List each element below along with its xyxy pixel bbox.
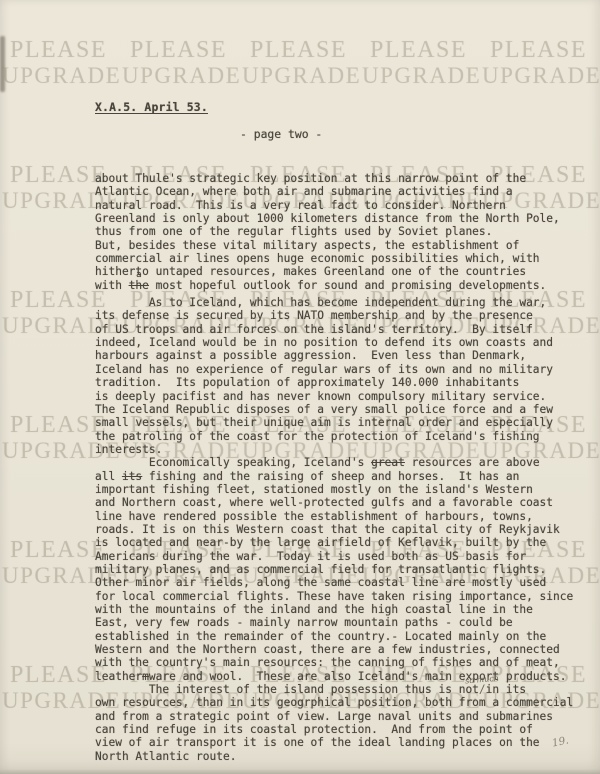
typed-text: Western and the Northern coast, there ar… — [95, 643, 560, 656]
paragraph-3: Economically speaking, Iceland's great r… — [95, 456, 591, 683]
typed-text: line have rendered possible the establis… — [95, 510, 533, 523]
scanned-document-page: PLEASEUPGRADEPLEASEUPGRADEPLEASEUPGRADEP… — [0, 0, 600, 774]
document-line: natural road. This is a very real fact t… — [95, 199, 591, 212]
document-line: view of air transport it is one of the i… — [95, 736, 591, 749]
document-line: harbours against a possible aggression. … — [95, 349, 591, 362]
typed-text: leather — [95, 670, 142, 683]
typed-text: and Northern coast, where well-protected… — [95, 496, 553, 509]
typed-text: established in the remainder of the coun… — [95, 630, 546, 643]
document-line: is located and near-by the large airfiel… — [95, 536, 591, 549]
document-line: tradition. Its population of approximate… — [95, 376, 591, 389]
document-line: roads. It is on this Western coast that … — [95, 523, 591, 536]
typed-text: with the country's main resources: the c… — [95, 656, 560, 669]
document-line: East, very few roads - mainly narrow mou… — [95, 616, 591, 629]
document-line: Iceland has no experience of regular war… — [95, 363, 591, 376]
typed-text: The interest of the island possession th… — [95, 683, 479, 696]
struck-text: m — [142, 670, 149, 683]
document-line: The interest of the island possession th… — [95, 683, 591, 696]
document-line: own resources, than in its geogrphical p… — [95, 696, 591, 709]
struck-text: great — [371, 456, 405, 469]
typed-text: roads. It is on this Western coast that … — [95, 523, 560, 536]
document-line: established in the remainder of the coun… — [95, 630, 591, 643]
typed-text: with — [95, 279, 129, 292]
document-line: Economically speaking, Iceland's great r… — [95, 456, 591, 469]
typed-text: own resources, than in its geogrphical p… — [95, 696, 573, 709]
document-line: Atlantic Ocean, where both air and subma… — [95, 185, 591, 198]
document-line: all its fishing and the raising of sheep… — [95, 470, 591, 483]
document-line: for local commercial flights. These have… — [95, 590, 591, 603]
document-line: But, besides these vital military aspect… — [95, 239, 591, 252]
typed-text: the patroling of the coast for the prote… — [95, 430, 540, 443]
typed-text: tradition. Its population of approximate… — [95, 376, 519, 389]
document-line: Other minor air fields, along the same c… — [95, 576, 591, 589]
document-line: important fishing fleet, stationed mostl… — [95, 483, 591, 496]
typed-text: But, besides these vital military aspect… — [95, 239, 519, 252]
typed-text: Americans during the war. Today it is us… — [95, 550, 526, 563]
typed-text: with the mountains of the inland and the… — [95, 603, 533, 616]
document-line: and from a strategic point of view. Larg… — [95, 710, 591, 723]
document-line: Greenland is only about 1000 kilometers … — [95, 212, 591, 225]
typed-text: thus from one of the regular flights use… — [95, 225, 492, 238]
typed-correction: a — [136, 271, 141, 280]
typed-text: of US troops and air forces on the islan… — [95, 323, 533, 336]
typed-text: interests. — [95, 443, 162, 456]
document-line: with the mountains of the inland and the… — [95, 603, 591, 616]
struck-text: thea — [129, 279, 149, 292]
typed-text: for local commercial flights. These have… — [95, 590, 573, 603]
paragraph-1: about Thule's strategic key position at … — [95, 172, 591, 292]
typed-text: Atlantic Ocean, where both air and subma… — [95, 185, 513, 198]
document-line: and Northern coast, where well-protected… — [95, 496, 591, 509]
document-line: interests. — [95, 443, 591, 456]
typed-text: Other minor air fields, along the same c… — [95, 576, 546, 589]
document-line: with thea most hopeful outlook for sound… — [95, 279, 591, 292]
typed-text: commercial air lines opens huge economic… — [95, 252, 540, 265]
document-line: its defense is secured by its NATO membe… — [95, 309, 591, 322]
typed-text: Greenland is only about 1000 kilometers … — [95, 212, 560, 225]
document-line: the patroling of the coast for the prote… — [95, 430, 591, 443]
typed-text: natural road. This is a very real fact t… — [95, 199, 506, 212]
document-line: is deeply pacifist and has never known c… — [95, 390, 591, 403]
typed-text: indeed, Iceland would be in no position … — [95, 336, 553, 349]
typed-text: military planes, and as commercial field… — [95, 563, 546, 576]
document-line: Western and the Northern coast, there ar… — [95, 643, 591, 656]
typed-text: can find refuge in its coastal protectio… — [95, 723, 533, 736]
typed-text: Iceland has no experience of regular war… — [95, 363, 553, 376]
document-line: about Thule's strategic key position at … — [95, 172, 591, 185]
typed-text: about Thule's strategic key position at … — [95, 172, 526, 185]
typed-text: all — [95, 470, 122, 483]
typed-text: most hopeful outlook for sound and promi… — [149, 279, 546, 292]
paragraph-2: As to Iceland, which has become independ… — [95, 296, 591, 456]
document-line: line have rendered possible the establis… — [95, 510, 591, 523]
document-line: can find refuge in its coastal protectio… — [95, 723, 591, 736]
paragraph-4: The interest of the island possession th… — [95, 683, 591, 763]
document-line: Americans during the war. Today it is us… — [95, 550, 591, 563]
document-line: thus from one of the regular flights use… — [95, 225, 591, 238]
typed-text: its defense is secured by its NATO membe… — [95, 309, 533, 322]
document-line: North Atlantic route. — [95, 750, 591, 763]
typed-text: and from a strategic point of view. Larg… — [95, 710, 553, 723]
document-line: As to Iceland, which has become independ… — [95, 296, 591, 309]
document-line: hitherto untaped resources, makes Greenl… — [95, 265, 591, 278]
typed-text: As to Iceland, which has become independ… — [95, 296, 546, 309]
document-line: The Iceland Republic disposes of a very … — [95, 403, 591, 416]
document-line: small vessels, but their unique aim is i… — [95, 416, 591, 429]
typed-text: harbours against a possible aggression. … — [95, 349, 526, 362]
typed-text-layer: X.A.5. April 53. - page two - about Thul… — [0, 0, 600, 774]
document-line: military planes, and as commercial field… — [95, 563, 591, 576]
typed-text: The Iceland Republic disposes of a very … — [95, 403, 553, 416]
typed-text: fishing and the raising of sheep and hor… — [142, 470, 519, 483]
handwritten-insert-mark: /so much — [479, 683, 486, 696]
typed-text: view of air transport it is one of the i… — [95, 736, 540, 749]
typed-text: resources are above — [405, 456, 540, 469]
typed-text: East, very few roads - mainly narrow mou… — [95, 616, 513, 629]
struck-text: its — [122, 470, 142, 483]
typed-text: North Atlantic route. — [95, 750, 236, 763]
document-line: of US troops and air forces on the islan… — [95, 323, 591, 336]
document-line: indeed, Iceland would be in no position … — [95, 336, 591, 349]
typed-text: is located and near-by the large airfiel… — [95, 536, 546, 549]
document-reference: X.A.5. April 53. — [95, 100, 208, 114]
document-line: with the country's main resources: the c… — [95, 656, 591, 669]
typed-text: small vessels, but their unique aim is i… — [95, 416, 553, 429]
typed-text: ware and wool. These are also Iceland's … — [149, 670, 567, 683]
typed-text: important fishing fleet, stationed mostl… — [95, 483, 533, 496]
document-line: leathermware and wool. These are also Ic… — [95, 670, 591, 683]
document-line: commercial air lines opens huge economic… — [95, 252, 591, 265]
typed-text: in its — [486, 683, 526, 696]
page-label: - page two - — [240, 127, 322, 141]
document-body: about Thule's strategic key position at … — [95, 172, 591, 763]
typed-text: hitherto untaped resources, makes Greenl… — [95, 265, 526, 278]
typed-text: Economically speaking, Iceland's — [95, 456, 371, 469]
typed-text: is deeply pacifist and has never known c… — [95, 390, 546, 403]
